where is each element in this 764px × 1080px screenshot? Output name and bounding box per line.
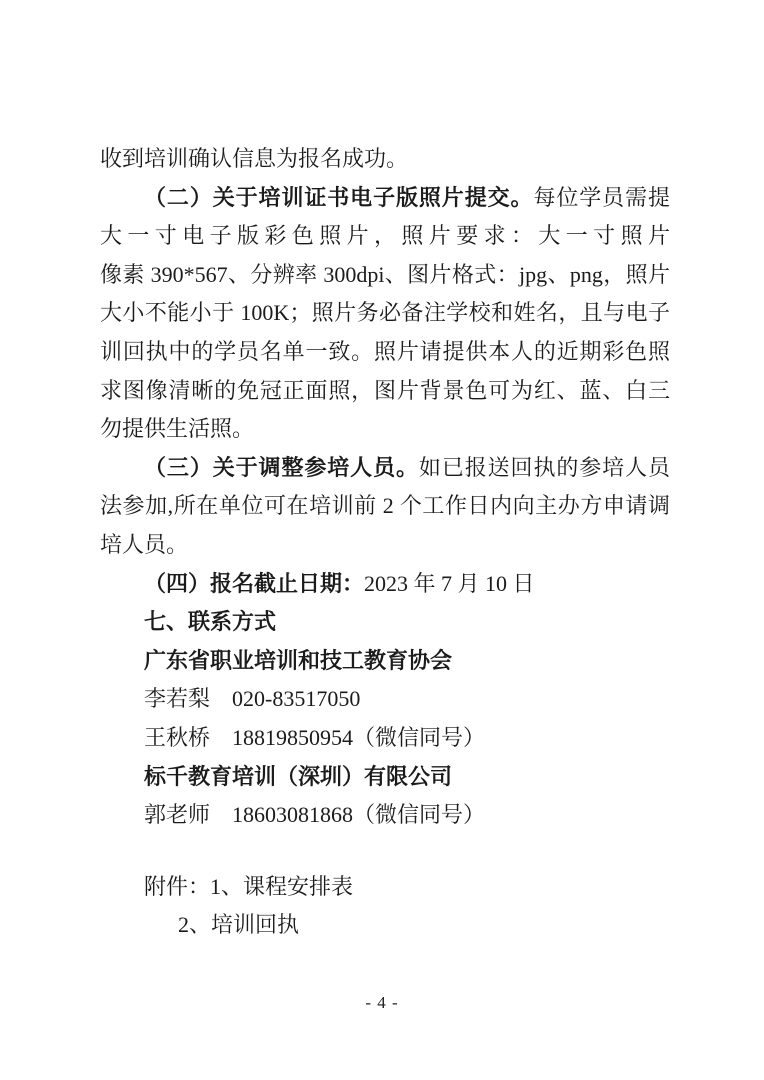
text-segment: 培人员。: [100, 532, 188, 557]
text-line: 2、培训回执: [100, 906, 670, 945]
text-line: 王秋桥 18819850954（微信同号）: [100, 719, 670, 758]
text-segment: 郭老师 18603081868（微信同号）: [144, 802, 485, 827]
text-segment: 训回执中的学员名单一致。照片请提供本人的近期彩色照片，要: [100, 339, 670, 372]
text-line: （三）关于调整参培人员。如已报送回执的参培人员因故无: [100, 449, 670, 488]
text-segment: 勿提供生活照。: [100, 416, 254, 441]
text-segment: 法参加,所在单位可在培训前 2 个工作日内向主办方申请调整参: [100, 493, 670, 526]
text-line: 郭老师 18603081868（微信同号）: [100, 796, 670, 835]
text-segment: 王秋桥 18819850954（微信同号）: [144, 725, 485, 750]
text-segment: 李若梨 020-83517050: [144, 686, 360, 711]
document-page: 收到培训确认信息为报名成功。（二）关于培训证书电子版照片提交。每位学员需提交一张…: [0, 0, 764, 1080]
text-line: 大一寸电子版彩色照片，照片要求：大一寸照片 3.3cm*4.8cm、: [100, 217, 670, 256]
bold-text-segment: （三）关于调整参培人员。: [144, 455, 419, 480]
bold-text-segment: （四）报名截止日期：: [144, 571, 364, 596]
text-line: 李若梨 020-83517050: [100, 680, 670, 719]
text-line: 训回执中的学员名单一致。照片请提供本人的近期彩色照片，要: [100, 333, 670, 372]
bold-text-segment: 标千教育培训（深圳）有限公司: [144, 764, 452, 789]
text-segment: 大小不能小于 100K；照片务必备注学校和姓名，且与电子版培: [100, 300, 670, 333]
text-line: （二）关于培训证书电子版照片提交。每位学员需提交一张: [100, 179, 670, 218]
text-line: 标千教育培训（深圳）有限公司: [100, 758, 670, 797]
text-segment: 像素 390*567、分辨率 300dpi、图片格式：jpg、png，照片文件: [100, 262, 670, 295]
text-segment: 收到培训确认信息为报名成功。: [100, 146, 408, 171]
text-segment: 2、培训回执: [178, 912, 299, 937]
blank-line: [100, 835, 670, 868]
page-number: - 4 -: [0, 993, 764, 1013]
bold-text-segment: 七、联系方式: [144, 609, 276, 634]
text-segment: 附件：1、课程安排表: [144, 874, 353, 899]
text-line: 大小不能小于 100K；照片务必备注学校和姓名，且与电子版培: [100, 294, 670, 333]
text-line: 求图像清晰的免冠正面照，图片背景色可为红、蓝、白三种，请: [100, 372, 670, 411]
text-line: 培人员。: [100, 526, 670, 565]
document-body: 收到培训确认信息为报名成功。（二）关于培训证书电子版照片提交。每位学员需提交一张…: [100, 140, 670, 945]
text-line: 法参加,所在单位可在培训前 2 个工作日内向主办方申请调整参: [100, 487, 670, 526]
text-segment: 求图像清晰的免冠正面照，图片背景色可为红、蓝、白三种，请: [100, 378, 670, 411]
text-line: 像素 390*567、分辨率 300dpi、图片格式：jpg、png，照片文件: [100, 256, 670, 295]
text-line: 勿提供生活照。: [100, 410, 670, 449]
text-line: 附件：1、课程安排表: [100, 868, 670, 907]
bold-text-segment: （二）关于培训证书电子版照片提交。: [144, 185, 533, 210]
text-segment: 大一寸电子版彩色照片，照片要求：大一寸照片 3.3cm*4.8cm、: [100, 223, 670, 256]
text-segment: 2023 年 7 月 10 日: [364, 571, 535, 596]
bold-text-segment: 广东省职业培训和技工教育协会: [144, 648, 452, 673]
text-line: 七、联系方式: [100, 603, 670, 642]
text-line: 广东省职业培训和技工教育协会: [100, 642, 670, 681]
text-line: 收到培训确认信息为报名成功。: [100, 140, 670, 179]
text-line: （四）报名截止日期：2023 年 7 月 10 日: [100, 565, 670, 604]
